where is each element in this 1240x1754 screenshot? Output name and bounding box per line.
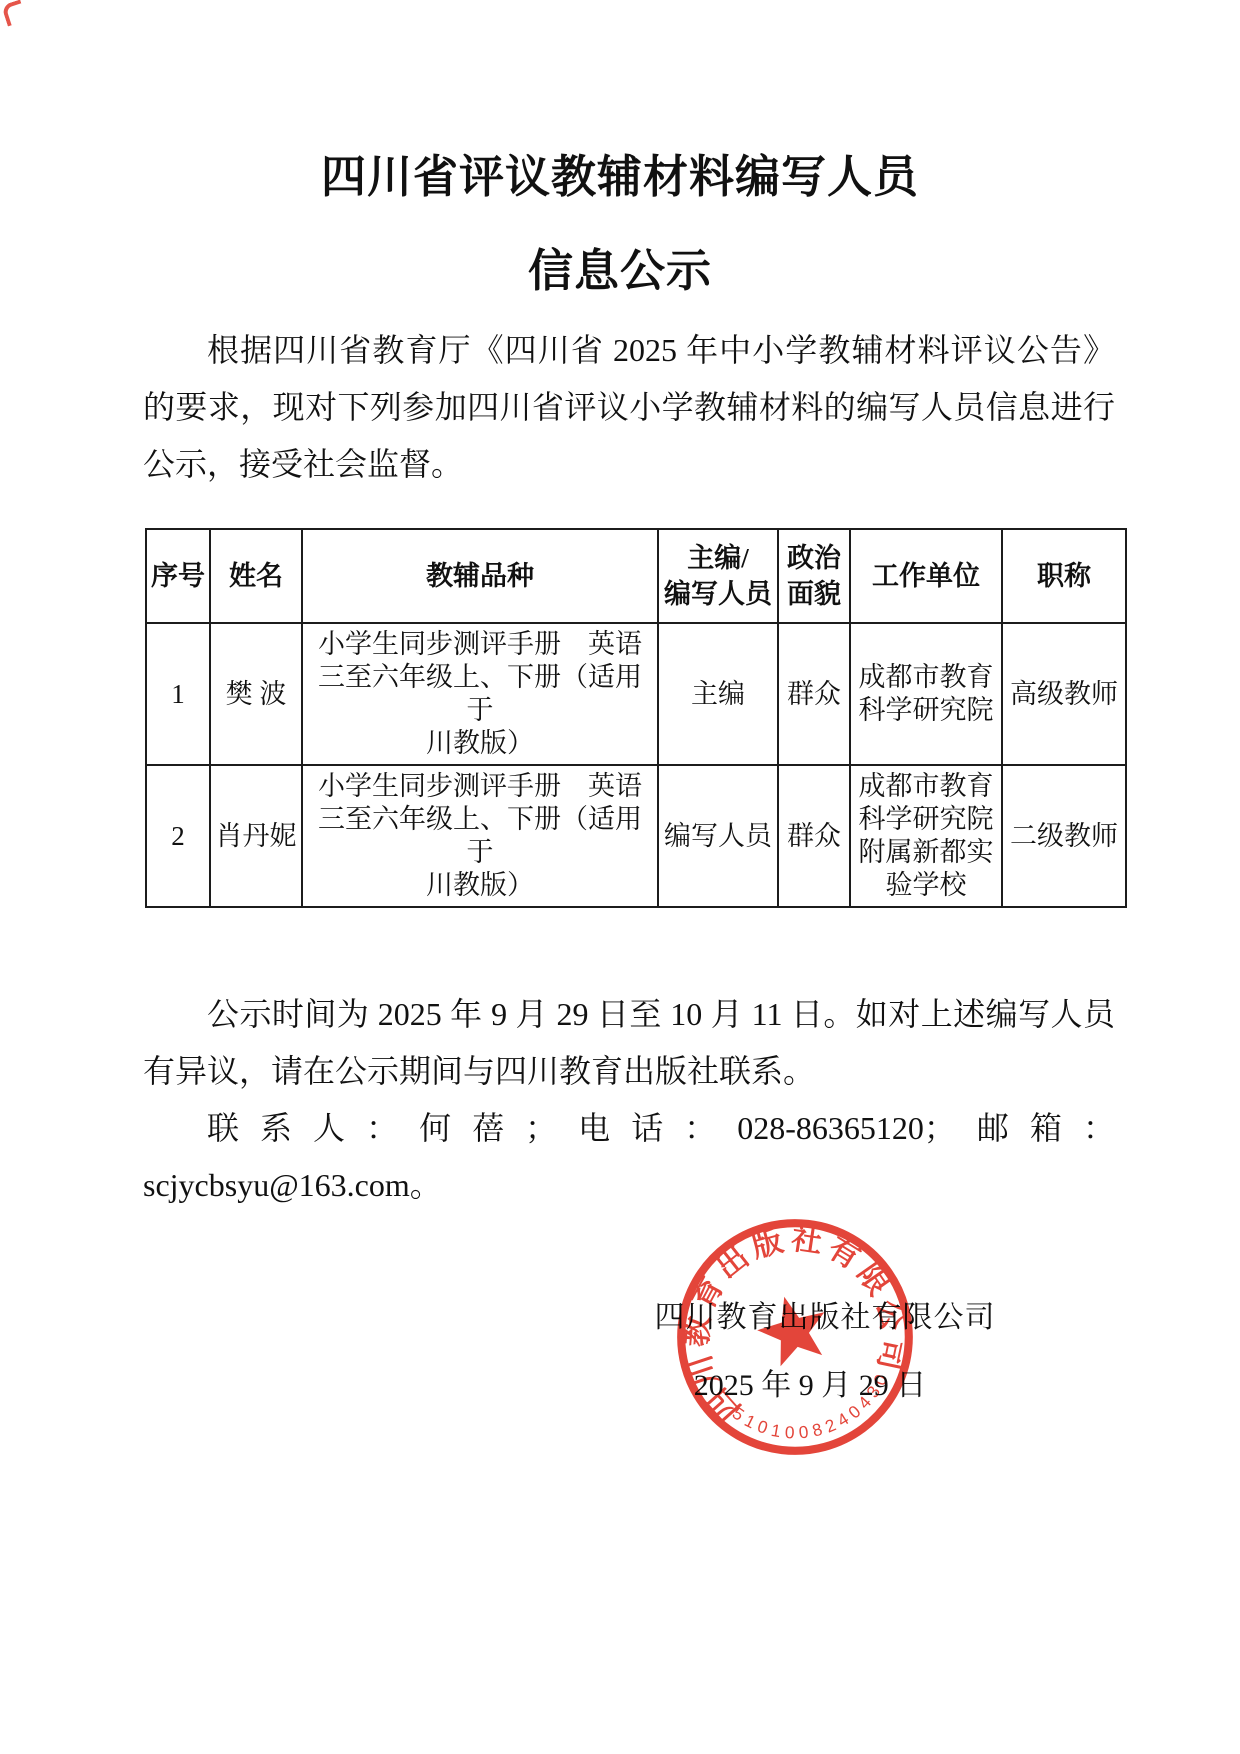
notice-paragraph: 公示时间为 2025 年 9 月 29 日至 10 月 11 日。如对上述编写人…	[143, 986, 1115, 1100]
cell-workplace: 成都市教育 科学研究院 附属新都实 验学校	[850, 765, 1002, 907]
company-seal-stamp: 四川教育出版社有限公司 5101008240430	[639, 1181, 950, 1492]
document-page: 四川省评议教辅材料编写人员 信息公示 根据四川省教育厅《四川省 2025 年中小…	[0, 0, 1240, 1754]
col-header-name: 姓名	[210, 529, 302, 623]
scan-artifact-mark	[1, 0, 27, 27]
cell-index: 2	[146, 765, 210, 907]
cell-political: 群众	[778, 623, 850, 765]
cell-role: 编写人员	[658, 765, 778, 907]
contact-paragraph: 联系人：何蓓；电话：028-86365120；邮箱：scjycbsyu@163.…	[143, 1100, 1115, 1214]
cell-workplace: 成都市教育 科学研究院	[850, 623, 1002, 765]
cell-title: 高级教师	[1002, 623, 1126, 765]
cell-material: 小学生同步测评手册 英语 三至六年级上、下册（适用于 川教版）	[302, 623, 658, 765]
table-row: 1 樊 波 小学生同步测评手册 英语 三至六年级上、下册（适用于 川教版） 主编…	[146, 623, 1126, 765]
cell-title: 二级教师	[1002, 765, 1126, 907]
cell-role: 主编	[658, 623, 778, 765]
page-title: 四川省评议教辅材料编写人员	[0, 152, 1240, 204]
table-row: 2 肖丹妮 小学生同步测评手册 英语 三至六年级上、下册（适用于 川教版） 编写…	[146, 765, 1126, 907]
red-star-icon	[751, 1288, 835, 1370]
page-subtitle: 信息公示	[0, 246, 1240, 298]
cell-index: 1	[146, 623, 210, 765]
col-header-political: 政治 面貌	[778, 529, 850, 623]
cell-political: 群众	[778, 765, 850, 907]
cell-name: 樊 波	[210, 623, 302, 765]
cell-name: 肖丹妮	[210, 765, 302, 907]
intro-paragraph: 根据四川省教育厅《四川省 2025 年中小学教辅材料评议公告》的要求，现对下列参…	[143, 322, 1115, 493]
writers-table: 序号 姓名 教辅品种 主编/ 编写人员 政治 面貌 工作单位 职称 1 樊 波 …	[145, 528, 1127, 908]
table-header-row: 序号 姓名 教辅品种 主编/ 编写人员 政治 面貌 工作单位 职称	[146, 529, 1126, 623]
col-header-title: 职称	[1002, 529, 1126, 623]
cell-material: 小学生同步测评手册 英语 三至六年级上、下册（适用于 川教版）	[302, 765, 658, 907]
col-header-workplace: 工作单位	[850, 529, 1002, 623]
col-header-material: 教辅品种	[302, 529, 658, 623]
col-header-role: 主编/ 编写人员	[658, 529, 778, 623]
col-header-index: 序号	[146, 529, 210, 623]
